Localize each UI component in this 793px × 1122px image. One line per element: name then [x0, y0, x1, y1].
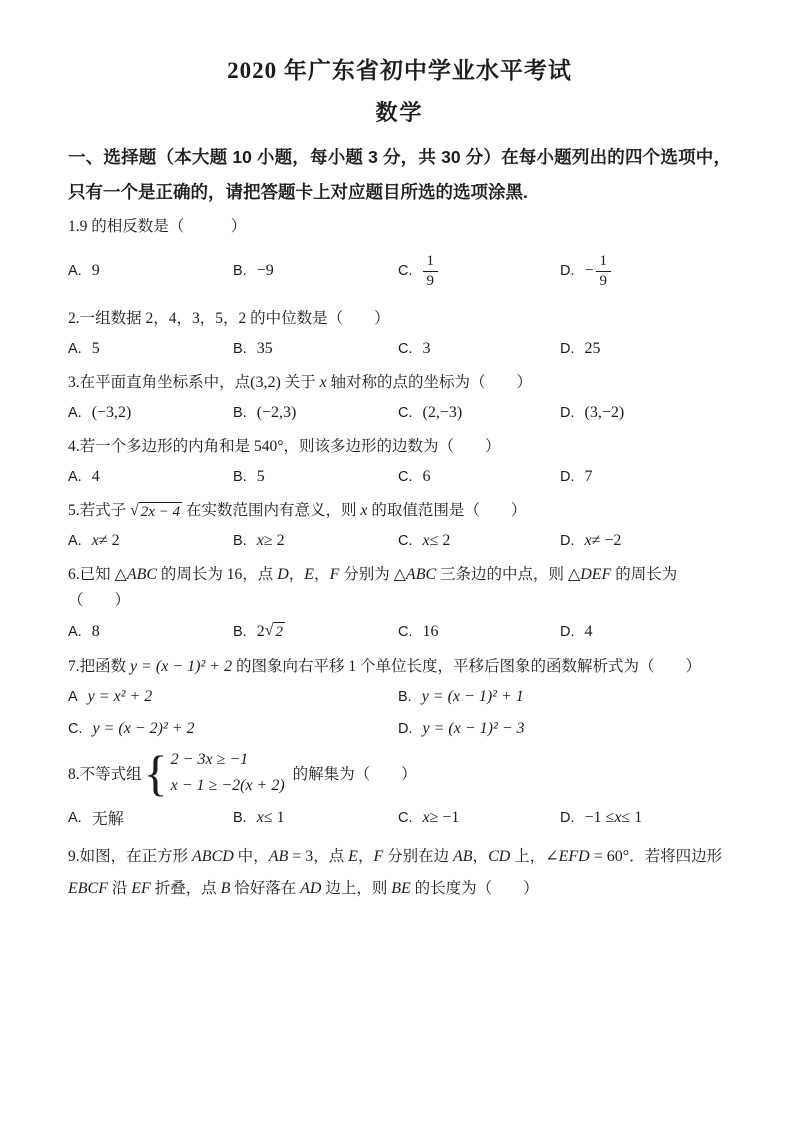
question-1-stem: 1.9 的相反数是（ ）	[68, 214, 731, 240]
option-value: 25	[585, 340, 601, 358]
option-d: D. 7	[560, 468, 731, 486]
question-3: 3.在平面直角坐标系中，点(3,2) 关于 x 轴对称的点的坐标为（ ） A. …	[68, 370, 731, 422]
option-label: D.	[560, 263, 575, 279]
option-label: A.	[68, 624, 82, 640]
brace-symbol: {	[144, 751, 168, 796]
option-value: y = (x − 2)² + 2	[93, 720, 195, 738]
option-value: x ≠ 2	[92, 532, 120, 550]
question-8-pre-text: 8.不等式组	[68, 762, 142, 784]
option-label: D.	[560, 469, 575, 485]
option-label: A.	[68, 263, 82, 279]
fraction-numerator: 1	[596, 252, 612, 272]
option-label: B.	[398, 689, 412, 705]
option-label: A	[68, 689, 78, 705]
option-a: A. 8	[68, 623, 233, 641]
option-label: C.	[398, 469, 413, 485]
option-label: A.	[68, 810, 82, 826]
option-c: C. x ≥ −1	[398, 809, 560, 827]
question-8: 8.不等式组 { 2 − 3x ≥ −1 x − 1 ≥ −2(x + 2) 的…	[68, 750, 731, 830]
option-b: B. y = (x − 1)² + 1	[398, 688, 731, 706]
question-9-stem: 9.如图，在正方形 ABCD 中，AB = 3，点 E，F 分别在边 AB，CD…	[68, 841, 731, 905]
option-label: C.	[398, 533, 413, 549]
option-a: A. 4	[68, 468, 233, 486]
fraction: 1 9	[423, 252, 439, 291]
question-8-options: A. 无解 B. x ≤ 1 C. x ≥ −1 D. −1 ≤ x ≤ 1	[68, 806, 731, 829]
fraction-denominator: 9	[596, 272, 612, 291]
option-value: 4	[585, 623, 593, 641]
minus-sign: −	[585, 262, 594, 280]
option-value: y = (x − 1)² + 1	[422, 688, 524, 706]
question-2-options: A. 5 B. 35 C. 3 D. 25	[68, 340, 731, 358]
question-3-stem: 3.在平面直角坐标系中，点(3,2) 关于 x 轴对称的点的坐标为（ ）	[68, 370, 731, 396]
subject-title: 数学	[68, 98, 731, 128]
option-value: 2√2	[257, 622, 285, 642]
option-label: A.	[68, 405, 82, 421]
system-line-1: 2 − 3x ≥ −1	[171, 750, 285, 771]
option-d: D. 25	[560, 340, 731, 358]
page-title: 2020 年广东省初中学业水平考试	[68, 56, 731, 86]
question-4-options: A. 4 B. 5 C. 6 D. 7	[68, 468, 731, 486]
exam-page: 2020 年广东省初中学业水平考试 数学 一、选择题（本大题 10 小题，每小题…	[0, 0, 793, 1122]
question-8-stem: 8.不等式组 { 2 − 3x ≥ −1 x − 1 ≥ −2(x + 2) 的…	[68, 750, 731, 797]
question-4-stem: 4.若一个多边形的内角和是 540°，则该多边形的边数为（ ）	[68, 434, 731, 460]
option-label: B.	[233, 533, 247, 549]
option-b: B. x ≤ 1	[233, 809, 398, 827]
option-label: D.	[560, 810, 575, 826]
option-value: x ≥ 2	[257, 532, 285, 550]
option-value: 无解	[92, 806, 124, 829]
option-value: − 1 9	[585, 252, 612, 291]
option-value: 8	[92, 623, 100, 641]
option-label: D.	[560, 533, 575, 549]
option-c: C. y = (x − 2)² + 2	[68, 720, 398, 738]
option-d: D. x ≠ −2	[560, 532, 731, 550]
option-label: C.	[398, 624, 413, 640]
option-value: y = (x − 1)² − 3	[423, 720, 525, 738]
option-b: B. (−2,3)	[233, 404, 398, 422]
option-b: B. x ≥ 2	[233, 532, 398, 550]
option-value: (−2,3)	[257, 404, 297, 422]
option-c: C. (2,−3)	[398, 404, 560, 422]
option-value: y = x² + 2	[88, 688, 153, 706]
option-a: A. 5	[68, 340, 233, 358]
question-7-options: A y = x² + 2 B. y = (x − 1)² + 1 C. y = …	[68, 688, 731, 738]
option-b: B. 35	[233, 340, 398, 358]
option-label: C.	[398, 341, 413, 357]
option-label: B.	[233, 469, 247, 485]
option-label: B.	[233, 624, 247, 640]
option-value: x ≥ −1	[423, 809, 460, 827]
option-value: 5	[92, 340, 100, 358]
option-label: D.	[560, 405, 575, 421]
question-1-options: A. 9 B. −9 C. 1 9 D. −	[68, 248, 731, 294]
option-value: 7	[585, 468, 593, 486]
option-value: 6	[423, 468, 431, 486]
option-d: D. 4	[560, 623, 731, 641]
option-label: C.	[68, 721, 83, 737]
option-d: D. −1 ≤ x ≤ 1	[560, 809, 731, 827]
system-lines: 2 − 3x ≥ −1 x − 1 ≥ −2(x + 2)	[171, 750, 285, 797]
option-c: C. 1 9	[398, 252, 560, 291]
option-d: D. − 1 9	[560, 252, 731, 291]
option-label: A.	[68, 533, 82, 549]
option-value: 16	[423, 623, 439, 641]
option-a: A. (−3,2)	[68, 404, 233, 422]
option-a: A. 无解	[68, 806, 233, 829]
option-c: C. 16	[398, 623, 560, 641]
question-7-stem: 7.把函数 y = (x − 1)² + 2 的图象向右平移 1 个单位长度，平…	[68, 654, 731, 680]
option-label: B.	[233, 341, 247, 357]
option-label: A.	[68, 469, 82, 485]
option-label: D.	[560, 624, 575, 640]
fraction-denominator: 9	[423, 272, 439, 291]
fraction: 1 9	[596, 252, 612, 291]
option-label: B.	[233, 263, 247, 279]
question-5-stem: 5.若式子 √2x − 4 在实数范围内有意义，则 x 的取值范围是（ ）	[68, 498, 731, 524]
option-value: 5	[257, 468, 265, 486]
option-label: C.	[398, 263, 413, 279]
option-value: 9	[92, 262, 100, 280]
question-8-post-text: 的解集为（ ）	[293, 762, 417, 784]
option-value: x ≤ 1	[257, 809, 285, 827]
option-value: −9	[257, 262, 274, 280]
question-2: 2.一组数据 2，4，3，5，2 的中位数是（ ） A. 5 B. 35 C. …	[68, 306, 731, 358]
option-c: C. x ≤ 2	[398, 532, 560, 550]
option-label: D.	[560, 341, 575, 357]
question-5: 5.若式子 √2x − 4 在实数范围内有意义，则 x 的取值范围是（ ） A.…	[68, 498, 731, 550]
question-5-options: A. x ≠ 2 B. x ≥ 2 C. x ≤ 2 D. x ≠ −2	[68, 532, 731, 550]
option-a: A y = x² + 2	[68, 688, 398, 706]
question-2-stem: 2.一组数据 2，4，3，5，2 的中位数是（ ）	[68, 306, 731, 332]
option-b: B. 2√2	[233, 622, 398, 642]
option-label: B.	[233, 810, 247, 826]
question-4: 4.若一个多边形的内角和是 540°，则该多边形的边数为（ ） A. 4 B. …	[68, 434, 731, 486]
option-d: D. y = (x − 1)² − 3	[398, 720, 731, 738]
question-3-options: A. (−3,2) B. (−2,3) C. (2,−3) D. (3,−2)	[68, 404, 731, 422]
option-value: x ≤ 2	[423, 532, 451, 550]
option-value: (−3,2)	[92, 404, 132, 422]
inequality-system: { 2 − 3x ≥ −1 x − 1 ≥ −2(x + 2)	[144, 750, 285, 797]
option-c: C. 6	[398, 468, 560, 486]
option-value: x ≠ −2	[585, 532, 622, 550]
option-a: A. 9	[68, 262, 233, 280]
option-value: 3	[423, 340, 431, 358]
option-a: A. x ≠ 2	[68, 532, 233, 550]
option-value: (2,−3)	[423, 404, 463, 422]
option-value: 35	[257, 340, 273, 358]
option-b: B. −9	[233, 262, 398, 280]
option-label: D.	[398, 721, 413, 737]
option-value: 1 9	[423, 252, 439, 291]
question-9: 9.如图，在正方形 ABCD 中，AB = 3，点 E，F 分别在边 AB，CD…	[68, 841, 731, 905]
option-label: B.	[233, 405, 247, 421]
fraction-numerator: 1	[423, 252, 439, 272]
question-1: 1.9 的相反数是（ ） A. 9 B. −9 C. 1 9 D	[68, 214, 731, 294]
question-7: 7.把函数 y = (x − 1)² + 2 的图象向右平移 1 个单位长度，平…	[68, 654, 731, 738]
option-label: C.	[398, 405, 413, 421]
section-heading: 一、选择题（本大题 10 小题，每小题 3 分，共 30 分）在每小题列出的四个…	[68, 140, 731, 210]
question-6: 6.已知 △ABC 的周长为 16，点 D，E，F 分别为 △ABC 三条边的中…	[68, 562, 731, 642]
option-value: (3,−2)	[585, 404, 625, 422]
option-label: A.	[68, 341, 82, 357]
option-label: C.	[398, 810, 413, 826]
system-line-2: x − 1 ≥ −2(x + 2)	[171, 776, 285, 797]
option-value: 4	[92, 468, 100, 486]
option-value: −1 ≤ x ≤ 1	[585, 809, 643, 827]
option-d: D. (3,−2)	[560, 404, 731, 422]
question-6-stem: 6.已知 △ABC 的周长为 16，点 D，E，F 分别为 △ABC 三条边的中…	[68, 562, 731, 614]
option-c: C. 3	[398, 340, 560, 358]
question-6-options: A. 8 B. 2√2 C. 16 D. 4	[68, 622, 731, 642]
option-b: B. 5	[233, 468, 398, 486]
